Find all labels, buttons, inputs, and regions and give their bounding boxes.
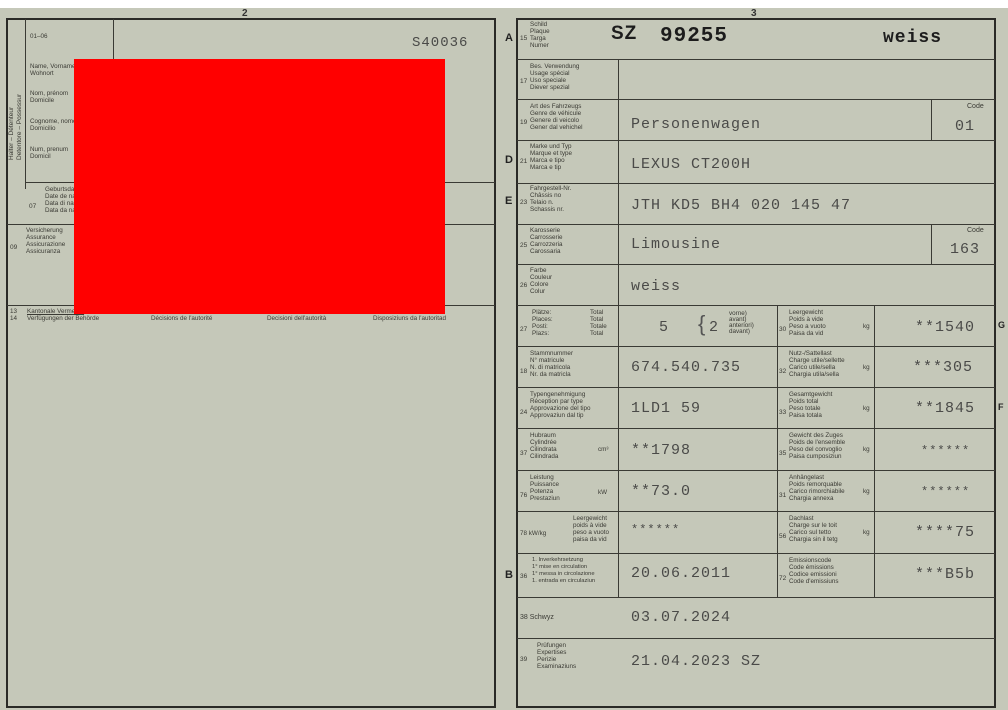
train-weight-label: Poids de l'ensemble [789,439,845,446]
vehicle-type-field-number: 19 [520,119,527,126]
make-model-value: LEXUS CT200H [631,156,751,173]
side-marker-d: D [505,154,513,166]
make-model-label: Marque et type [530,150,572,157]
plate-number: 99255 [660,25,728,48]
plate-canton: SZ [611,23,637,45]
roof-load-label: Chargia sin il tetg [789,536,838,543]
chassis-value: JTH KD5 BH4 020 145 47 [631,197,851,214]
chassis-label: Fahrgestell-Nr. [530,185,571,192]
body-label: Karosserie [530,227,560,234]
roof-load-label: Charge sur le toit [789,522,837,529]
divider [517,387,995,388]
vehicle-type-value: Personenwagen [631,116,761,133]
plate-field-number: 15 [520,35,527,42]
emission-code-label: Emissionscode [789,557,831,564]
footer-line-14-num: 14 [10,315,17,322]
matriculation-value: 674.540.735 [631,359,741,376]
type-approval-label: Approvaziun dal tip [530,412,584,419]
displacement-unit: cm³ [598,446,609,453]
displacement-label: Cilindrata [530,446,557,453]
divider [517,346,995,347]
displacement-label: Hubraum [530,432,556,439]
empty-weight-label: Paisa da vid [789,330,823,337]
roof-load-field-number: 56 [779,533,786,540]
displacement-field-number: 37 [520,450,527,457]
gross-weight-label: Paisa totala [789,412,822,419]
authority-decisions-de: Verfügungen der Behörde [27,315,99,322]
first-registration-label: 1° messa in circolazione [532,571,595,578]
towing-load-field-number: 31 [779,492,786,499]
seats-label: Places: [532,316,553,323]
inspections-field-number: 39 [520,656,527,663]
vehicle-type-code: 01 [955,118,975,135]
payload-field-number: 32 [779,368,786,375]
roof-load-unit: kg [863,529,870,536]
special-use-label: Uso speciale [530,77,566,84]
train-weight-label: Gewicht des Zuges [789,432,843,439]
train-weight-value: ****** [921,444,970,458]
special-use-label: Diever spezial [530,84,570,91]
seats-field-number: 27 [520,326,527,333]
plate-label: Numer [530,42,549,49]
color-label: Couleur [530,274,552,281]
payload-label: Nutz-/Sattellast [789,350,832,357]
power-unit: kW [598,489,607,496]
seats-front-value: 2 [709,319,719,336]
towing-load-unit: kg [863,488,870,495]
birth-field-number: 07 [29,203,36,210]
make-model-label: Marke und Typ [530,143,572,150]
roof-load-label: Carico sul tetto [789,529,831,536]
holder-label: Num, prenum [30,146,68,153]
payload-unit: kg [863,364,870,371]
towing-load-label: Chargia annexa [789,495,833,502]
gross-weight-field-number: 33 [779,409,786,416]
emission-code-label: Code d'emissiuns [789,578,839,585]
insurance-label: Assicurazione [26,241,65,248]
divider [931,224,932,264]
right-page: 3 A 15 Schild Plaque Targa Numer SZ 9925… [501,8,1008,710]
holder-label: Name, Vorname [30,63,76,70]
roof-load-value: ****75 [915,524,975,541]
matriculation-label: Nr. da matricla [530,371,571,378]
power-label: Puissance [530,481,559,488]
insurance-field-number: 09 [10,244,17,251]
divider [517,470,995,471]
type-approval-value: 1LD1 59 [631,400,701,417]
displacement-label: Cilindrada [530,453,558,460]
plate-label: Plaque [530,28,550,35]
type-approval-label: Typengenehmigung [530,391,585,398]
power-weight-label: poids à vide [573,522,607,529]
holder-label: Nom, prénom [30,90,68,97]
vehicle-type-label: Genre de véhicule [530,110,581,117]
power-weight-label: paisa da vid [573,536,607,543]
insurance-label: Versicherung [26,227,63,234]
holder-label: Wohnort [30,70,54,77]
body-code: 163 [950,241,980,258]
holder-side-label: Halter – DétenteurDetentore – Possessur [8,94,24,160]
train-weight-label: Peso del convoglio [789,446,842,453]
power-field-number: 76 [520,492,527,499]
power-label: Prestaziun [530,495,560,502]
inspections-label: Perizie [537,656,556,663]
towing-load-label: Anhängelast [789,474,824,481]
body-field-number: 25 [520,242,527,249]
insurance-label: Assurance [26,234,56,241]
color-value: weiss [631,278,681,295]
seats-total-label: Total [590,309,603,316]
seats-label: Plazs: [532,330,549,337]
side-marker-a: A [505,32,513,44]
special-use-label: Bes. Verwendung [530,63,579,70]
gross-weight-label: Gesamtgewicht [789,391,832,398]
power-weight-label: Leergewicht [573,515,607,522]
displacement-label: Cylindrée [530,439,557,446]
seats-label: Plätze: [532,309,551,316]
matriculation-label: N. di matricola [530,364,570,371]
divider [517,183,995,184]
divider [517,59,995,60]
first-registration-label: 1. entrada en circulaziun [532,578,595,585]
matriculation-field-number: 18 [520,368,527,375]
redaction-box [74,59,445,314]
holder-label: Domicil [30,153,51,160]
make-model-label: Marca e tip [530,164,561,171]
inspections-label: Expertises [537,649,566,656]
holder-label: Cognome, nome [30,118,77,125]
seats-total-value: 5 [659,319,669,336]
plate-label: Schild [530,21,547,28]
divider [931,99,932,140]
payload-label: Carico utile/sella [789,364,835,371]
vehicle-type-label: Gener dal vehichel [530,124,583,131]
emission-code-field-number: 72 [779,575,786,582]
chassis-field-number: 23 [520,199,527,206]
first-registration-value: 20.06.2011 [631,565,731,582]
roof-load-label: Dachlast [789,515,814,522]
divider [517,305,995,306]
divider [517,224,995,225]
power-weight-field-number: 78 kW/kg [520,530,546,537]
empty-weight-label: Leergewicht [789,309,823,316]
issue-label: 38 Schwyz [520,614,554,621]
first-registration-label: 1° mise en circulation [532,564,587,571]
footer-line-13-num: 13 [10,308,17,315]
type-approval-field-number: 24 [520,409,527,416]
divider [517,264,995,265]
emission-code-value: ***B5b [915,566,975,583]
make-model-field-number: 21 [520,158,527,165]
brace-glyph: { [698,313,705,335]
seats-label: Posti: [532,323,548,330]
special-use-label: Usage spécial [530,70,570,77]
document-number: S40036 [412,35,468,51]
side-marker-b: B [505,569,513,581]
divider [517,511,995,512]
displacement-value: **1798 [631,442,691,459]
towing-load-label: Poids remorquable [789,481,842,488]
left-page: 2 Halter – DétenteurDetentore – Possessu… [0,8,501,710]
matriculation-label: Stammnummer [530,350,573,357]
power-label: Potenza [530,488,553,495]
matriculation-label: N° matricule [530,357,564,364]
vehicle-type-label: Genere di veicolo [530,117,579,124]
gross-weight-label: Peso totale [789,405,821,412]
train-weight-unit: kg [863,446,870,453]
inspections-label: Examinaziuns [537,663,576,670]
body-label: Carossaria [530,248,560,255]
first-registration-label: 1. Inverkehrsetzung [532,557,583,564]
empty-weight-label: Peso a vuoto [789,323,826,330]
insurance-label: Assicuranza [26,248,60,255]
issue-date-value: 03.07.2024 [631,609,731,626]
power-weight-label: peso a vuoto [573,529,609,536]
divider [517,638,995,639]
authority-decisions-rm: Disposiziuns da l'autoritad [373,315,446,322]
side-marker-e: E [505,195,512,207]
empty-weight-field-number: 30 [779,326,786,333]
power-value: **73.0 [631,483,691,500]
emission-code-label: Code émissions [789,564,834,571]
divider [25,19,26,189]
chassis-label: Telaio n. [530,199,553,206]
power-label: Leistung [530,474,554,481]
seats-total-label: Total [590,316,603,323]
seats-front-label: davant) [729,328,750,335]
color-field-number: 26 [520,282,527,289]
side-marker-g: G [998,320,1005,330]
body-label: Carrozzeria [530,241,563,248]
side-marker-f: F [998,402,1004,412]
color-label: Colur [530,288,545,295]
emission-code-label: Codice emissioni [789,571,837,578]
plate-color: weiss [883,28,942,48]
seats-total-label: Total [590,330,603,337]
divider [517,428,995,429]
gross-weight-label: Poids total [789,398,818,405]
divider [517,140,995,141]
plate-label: Targa [530,35,546,42]
first-registration-field-number: 36 [520,573,527,580]
divider [517,99,995,100]
body-label: Carrosserie [530,234,563,241]
type-approval-label: Réception par type [530,398,583,405]
holder-label: Domicilio [30,125,56,132]
power-weight-value: ****** [631,523,680,537]
chassis-label: Châssis no [530,192,561,199]
authority-decisions-it: Decisioni dell'autorità [267,315,326,322]
divider [517,553,995,554]
towing-load-value: ****** [921,485,970,499]
seats-total-label: Totale [590,323,607,330]
train-weight-field-number: 35 [779,450,786,457]
holder-label: Domicile [30,97,54,104]
inspections-value: 21.04.2023 SZ [631,653,761,670]
empty-weight-label: Poids à vide [789,316,823,323]
gross-weight-value: **1845 [915,400,975,417]
vehicle-type-label: Art des Fahrzeugs [530,103,581,110]
empty-weight-value: **1540 [915,319,975,336]
special-use-field-number: 17 [520,78,527,85]
payload-label: Charge utile/sellette [789,357,845,364]
body-value: Limousine [631,236,721,253]
type-approval-label: Approvazione del tipo [530,405,591,412]
towing-load-label: Carico rimorchiabile [789,488,845,495]
divider [618,59,619,305]
color-label: Colore [530,281,549,288]
make-model-label: Marca e tipo [530,157,565,164]
gross-weight-unit: kg [863,405,870,412]
payload-value: ***305 [913,359,973,376]
holder-range-label: 01–06 [30,33,48,40]
vehicle-type-code-label: Code [967,103,984,110]
body-code-label: Code [967,227,984,234]
payload-label: Chargia utila/sella [789,371,839,378]
inspections-label: Prüfungen [537,642,566,649]
color-label: Farbe [530,267,546,274]
train-weight-label: Paisa cumposiziun [789,453,842,460]
chassis-label: Schassis nr. [530,206,564,213]
divider [517,597,995,598]
authority-decisions-fr: Décisions de l'autorité [151,315,212,322]
empty-weight-unit: kg [863,323,870,330]
